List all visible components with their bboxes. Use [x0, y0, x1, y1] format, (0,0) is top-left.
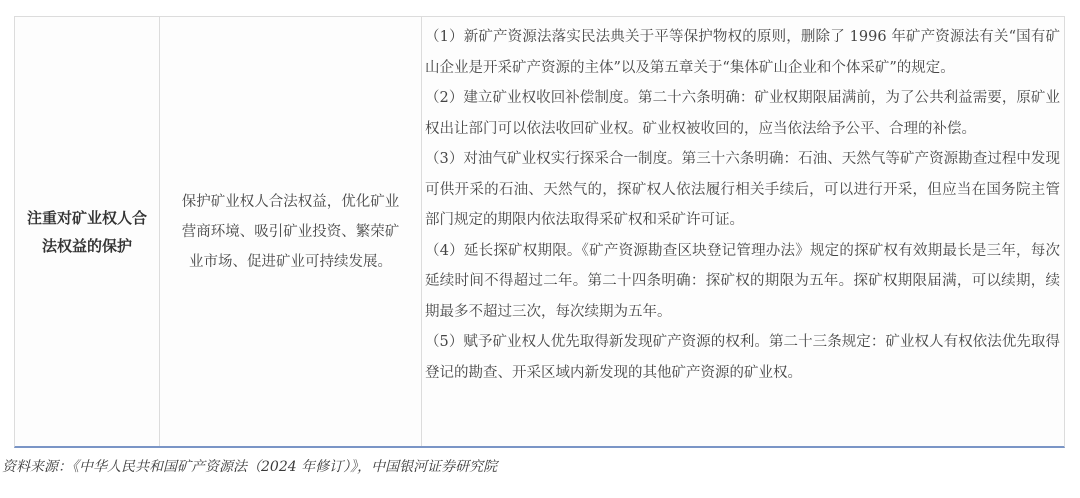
detail-item-1: （1）新矿产资源法落实民法典关于平等保护物权的原则，删除了 1996 年矿产资源…	[425, 22, 1060, 83]
detail-item-3: （3）对油气矿业权实行探采合一制度。第三十六条明确：石油、天然气等矿产资源勘查过…	[425, 144, 1060, 236]
topic-text: 注重对矿业权人合 法权益的保护	[27, 204, 147, 260]
topic-line: 法权益的保护	[27, 232, 147, 260]
detail-item-2: （2）建立矿业权收回补偿制度。第二十六条明确：矿业权期限届满前，为了公共利益需要…	[425, 83, 1060, 144]
detail-item-4: （4）延长探矿权期限。《矿产资源勘查区块登记管理办法》规定的探矿权有效期最长是三…	[425, 236, 1060, 328]
detail-cell: （1）新矿产资源法落实民法典关于平等保护物权的原则，删除了 1996 年矿产资源…	[422, 17, 1064, 446]
topic-line: 注重对矿业权人合	[27, 204, 147, 232]
goal-line: 营商环境、吸引矿业投资、繁荣矿	[182, 217, 400, 247]
detail-item-5: （5）赋予矿业权人优先取得新发现矿产资源的权利。第二十三条规定：矿业权人有权依法…	[425, 327, 1060, 388]
policy-table: 注重对矿业权人合 法权益的保护 保护矿业权人合法权益，优化矿业 营商环境、吸引矿…	[14, 16, 1065, 448]
goal-line: 保护矿业权人合法权益，优化矿业	[182, 187, 400, 217]
goal-text: 保护矿业权人合法权益，优化矿业 营商环境、吸引矿业投资、繁荣矿 业市场、促进矿业…	[182, 187, 400, 277]
goal-cell: 保护矿业权人合法权益，优化矿业 营商环境、吸引矿业投资、繁荣矿 业市场、促进矿业…	[160, 17, 422, 446]
topic-cell: 注重对矿业权人合 法权益的保护	[15, 17, 160, 446]
source-note: 资料来源：《中华人民共和国矿产资源法（2024 年修订）》，中国银河证券研究院	[2, 456, 497, 476]
goal-line: 业市场、促进矿业可持续发展。	[182, 247, 400, 277]
